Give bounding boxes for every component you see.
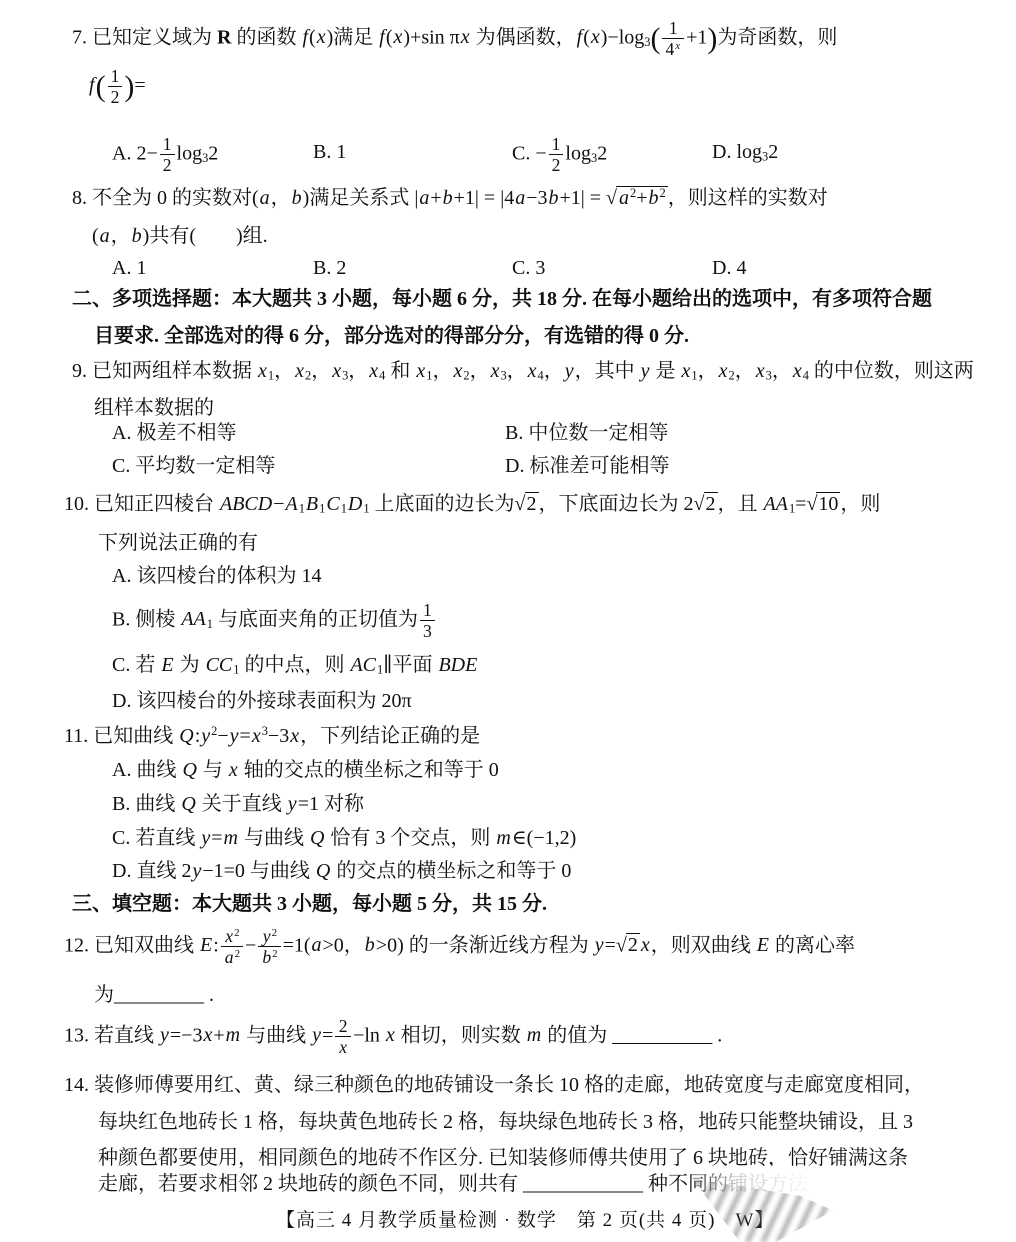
q11-option-d: D. 直线 2y−1=0 与曲线 Q 的交点的横坐标之和等于 0: [112, 859, 571, 884]
q11-option-c: C. 若直线 y=m 与曲线 Q 恰有 3 个交点，则 m∈(−1,2): [112, 826, 576, 851]
q8-option-a: A. 1: [112, 256, 146, 281]
q11-option-a: A. 曲线 Q 与 x 轴的交点的横坐标之和等于 0: [112, 758, 499, 783]
q8-option-d: D. 4: [712, 256, 746, 281]
q7-option-d: D. log32: [712, 140, 778, 165]
q7-option-a: A. 2−12log32: [112, 134, 218, 175]
q8-stem-line-1: 8. 不全为 0 的实数对(a，b)满足关系式 |a+b+1| = |4a−3b…: [72, 186, 828, 211]
q10-option-c: C. 若 E 为 CC1 的中点，则 AC1∥平面 BDE: [112, 653, 478, 678]
section-3-header-line-1: 三、填空题：本大题共 3 小题，每小题 5 分，共 15 分.: [72, 892, 547, 917]
q13-stem-line-1: 13. 若直线 y=−3x+m 与曲线 y=2x−ln x 相切，则实数 m 的…: [64, 1016, 722, 1057]
q8-option-c: C. 3: [512, 256, 545, 281]
q9-option-a: A. 极差不相等: [112, 421, 236, 446]
q7-option-c: C. −12log32: [512, 134, 607, 175]
q10-stem-line-1: 10. 已知正四棱台 ABCD−A1B1C1D1 上底面的边长为√2，下底面边长…: [64, 492, 880, 517]
q9-stem-line-1: 9. 已知两组样本数据 x1，x2，x3，x4 和 x1，x2，x3，x4，y，…: [72, 359, 974, 384]
q10-option-a: A. 该四棱台的体积为 14: [112, 564, 321, 589]
q11-option-b: B. 曲线 Q 关于直线 y=1 对称: [112, 792, 364, 817]
q14-stem-line-1: 14. 装修师傅要用红、黄、绿三种颜色的地砖铺设一条长 10 格的走廊，地砖宽度…: [64, 1073, 924, 1098]
q7-stem-line-2: f(12)=: [88, 66, 146, 107]
q12-stem-line-2: 为_________ .: [94, 983, 214, 1008]
q10-option-b: B. 侧棱 AA1 与底面夹角的正切值为13: [112, 600, 437, 641]
q9-option-c: C. 平均数一定相等: [112, 454, 275, 479]
q10-stem-line-2: 下列说法正确的有: [98, 531, 258, 556]
q8-option-b: B. 2: [313, 256, 346, 281]
page-footer: 【高三 4 月教学质量检测 · 数学 第 2 页(共 4 页) W】: [276, 1209, 774, 1233]
q12-stem-line-1: 12. 已知双曲线 E:x2a2−y2b2=1(a>0，b>0) 的一条渐近线方…: [64, 926, 855, 967]
section-2-header-line-2: 目要求. 全部选对的得 6 分，部分选对的得部分分，有选错的得 0 分.: [94, 324, 689, 349]
exam-page: 7. 已知定义域为 R 的函数 f(x)满足 f(x)+sin πx 为偶函数，…: [0, 0, 1016, 1242]
q7-option-b: B. 1: [313, 140, 346, 165]
q9-option-b: B. 中位数一定相等: [505, 421, 668, 446]
q8-stem-line-2: (a，b)共有( )组.: [92, 224, 268, 249]
q7-stem-line-1: 7. 已知定义域为 R 的函数 f(x)满足 f(x)+sin πx 为偶函数，…: [72, 18, 837, 59]
q9-stem-line-2: 组样本数据的: [94, 396, 214, 421]
q10-option-d: D. 该四棱台的外接球表面积为 20π: [112, 689, 412, 714]
q9-option-d: D. 标准差可能相等: [505, 454, 669, 479]
section-2-header-line-1: 二、多项选择题：本大题共 3 小题，每小题 6 分，共 18 分. 在每小题给出…: [72, 287, 932, 312]
q14-stem-line-2: 每块红色地砖长 1 格，每块黄色地砖长 2 格，每块绿色地砖长 3 格，地砖只能…: [98, 1110, 913, 1135]
q11-stem-line-1: 11. 已知曲线 Q:y2−y=x3−3x，下列结论正确的是: [64, 724, 480, 749]
